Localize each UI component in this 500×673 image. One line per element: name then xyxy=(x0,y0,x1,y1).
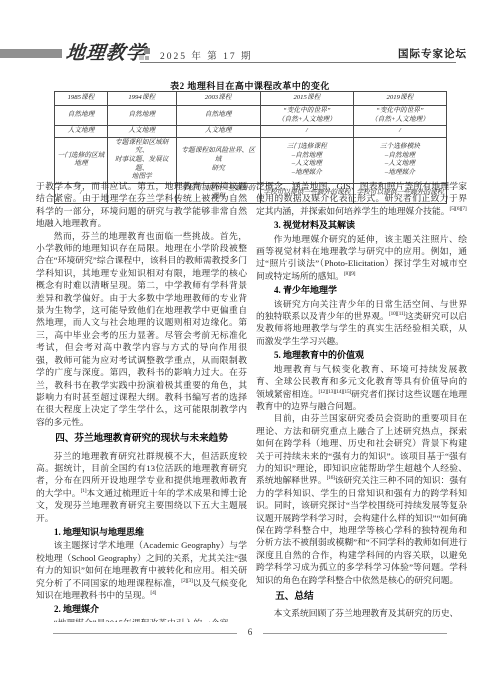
citation-marker: [5][6][7] xyxy=(450,206,467,212)
text-run: 3. 视觉材料及其解读 xyxy=(274,220,355,230)
text-run: 于教学本身，而非应试。第五，地理教育与环境议题结合紧密。由于地理学在芬兰学科传统… xyxy=(36,181,247,228)
text-run: 该研究关注三种不同的知识：强有力的学科知识、学生的日常知识和强有力的跨学科知识。… xyxy=(256,475,467,584)
table-col-header: 2015课程 xyxy=(260,92,353,106)
text-run: “地理媒介”是2015年课程改革中引入的一个宽 xyxy=(54,618,229,622)
table-row: 人文地理人文地理人文地理// xyxy=(55,126,447,138)
left-column: 于教学本身，而非应试。第五，地理教育与环境议题结合紧密。由于地理学在芬兰学科传统… xyxy=(36,180,247,622)
table-cell: “变化中的世界” （自然+人文地理） xyxy=(260,106,353,126)
paragraph: “地理媒介”是2015年课程改革中引入的一个宽 xyxy=(36,617,247,622)
section-heading: 五、总结 xyxy=(256,591,467,603)
paragraph: 该研究方向关注青少年的日常生活空间、与世界的独特联系以及青少年的世界观。[10]… xyxy=(256,298,467,348)
text-run: 四、芬兰地理教育研究的现状与未来趋势 xyxy=(55,433,228,444)
table-cell: 三个选修模块 –自然地理 –人文地理 –地理媒介 xyxy=(353,137,446,183)
table-cell: 自然地理 xyxy=(55,106,108,126)
paragraph: 地理教育与气候变化教育、环境可持续发展教育、全球公民教育和多元文化教育等具有价值… xyxy=(256,363,467,413)
footer-rule-right xyxy=(263,633,447,634)
paragraph: 于教学本身，而非应试。第五，地理教育与环境议题结合紧密。由于地理学在芬兰学科传统… xyxy=(36,180,247,230)
table-cell: 自然地理 xyxy=(176,106,260,126)
logo-squares-icon xyxy=(139,48,151,61)
sub-heading: 2. 地理媒介 xyxy=(36,603,247,615)
paragraph: 作为地理媒介研究的延伸，该主题关注照片、绘画等视觉材料在地理教学与研究中的应用。… xyxy=(256,233,467,283)
text-run: 然而，芬兰的地理教育也面临一些挑战。首先，小学教师的地理知识存在局限。地理在小学… xyxy=(36,231,247,427)
table-cell: 专题课程如区域研究、 时事议题、发展议题、 地图学 xyxy=(107,137,176,183)
text-run: 5. 地理教育中的价值观 xyxy=(274,350,364,360)
text-run: 五、总结 xyxy=(275,591,313,602)
page-number: 6 xyxy=(240,627,260,637)
right-column: 泛概念，涵盖地图、GIS、图表和照片等所有地理学家使用的数据及媒介化表征形式。研… xyxy=(256,180,467,622)
citation-marker: [4] xyxy=(150,590,156,596)
citation-marker: [2][3] xyxy=(181,578,192,584)
header-accent-bar xyxy=(0,49,62,58)
table-row: 自然地理自然地理自然地理“变化中的世界” （自然+人文地理）“变化中的世界” （… xyxy=(55,106,447,126)
paragraph: 该主题探讨学术地理（Academic Geography）与学校地理（Schoo… xyxy=(36,539,247,601)
paragraph: 然而，芬兰的地理教育也面临一些挑战。首先，小学教师的地理知识存在局限。地理在小学… xyxy=(36,230,247,429)
sub-heading: 5. 地理教育中的价值观 xyxy=(256,349,467,361)
paragraph: 本文系统回顾了芬兰地理教育及其研究的历史、 xyxy=(256,607,467,619)
sub-heading: 1. 地理知识与地理思维 xyxy=(36,526,247,538)
table-col-header: 2019课程 xyxy=(353,92,446,106)
table-cell: “变化中的世界” （自然+人文地理） xyxy=(353,106,446,126)
table-col-header: 2003课程 xyxy=(176,92,260,106)
table-col-header: 1994课程 xyxy=(107,92,176,106)
issue-label: 2025 年 第 17 期 xyxy=(160,48,253,62)
citation-marker: [12][13][14][15] xyxy=(318,389,350,395)
citation-marker: [10][11] xyxy=(389,311,405,317)
section-heading: 四、芬兰地理教育研究的现状与未来趋势 xyxy=(36,433,247,445)
table-col-header: 1985课程 xyxy=(55,92,108,106)
table-cell: 三门选修课程 –自然地理 –人文地理 –地理媒介 xyxy=(260,137,353,183)
header-rule xyxy=(140,62,456,63)
table-cell: 专题课程如风险世界、区域 研究 xyxy=(176,137,260,183)
paragraph: 芬兰的地理教育研究社群规模不大，但活跃度较高。据统计，目前全国约有13位活跃的地… xyxy=(36,450,247,524)
journal-logo: 地理教学 xyxy=(65,38,148,65)
table-cell: 一门选修的区域 地理 xyxy=(55,137,108,183)
table-cell: 人文地理 xyxy=(55,126,108,138)
footer-rule-left xyxy=(53,633,237,634)
table-cell: 自然地理 xyxy=(107,106,176,126)
sub-heading: 3. 视觉材料及其解读 xyxy=(256,219,467,231)
citation-marker: [16] xyxy=(327,475,335,481)
text-run: 4. 青少年地理学 xyxy=(274,285,337,295)
text-run: 本文系统回顾了芬兰地理教育及其研究的历史、 xyxy=(274,608,459,618)
table-row: 一门选修的区域 地理专题课程如区域研究、 时事议题、发展议题、 地图学专题课程如… xyxy=(55,137,447,183)
sub-heading: 4. 青少年地理学 xyxy=(256,284,467,296)
paragraph: 泛概念，涵盖地图、GIS、图表和照片等所有地理学家使用的数据及媒介化表征形式。研… xyxy=(256,180,467,217)
section-label: 国际专家论坛 xyxy=(398,46,467,61)
journal-page: 地理教学 2025 年 第 17 期 国际专家论坛 表2 地理科目在高中课程改革… xyxy=(0,0,500,673)
text-run: 2. 地理媒介 xyxy=(54,604,99,614)
text-run: 1. 地理知识与地理思维 xyxy=(54,527,144,537)
table-header-row: 1985课程1994课程2003课程2015课程2019课程 xyxy=(55,92,447,106)
article-body: 于教学本身，而非应试。第五，地理教育与环境议题结合紧密。由于地理学在芬兰学科传统… xyxy=(36,180,467,622)
table-cell: 人文地理 xyxy=(176,126,260,138)
citation-marker: [8][9] xyxy=(344,271,355,277)
table-cell: / xyxy=(260,126,353,138)
table-cell: / xyxy=(353,126,446,138)
text-run: 作为地理媒介研究的延伸，该主题关注照片、绘画等视觉材料在地理教学与研究中的应用。… xyxy=(256,234,467,281)
text-run: 泛概念，涵盖地图、GIS、图表和照片等所有地理学家使用的数据及媒介化表征形式。研… xyxy=(256,181,467,216)
paragraph: 目前，由芬兰国家研究委员会资助的重要项目在理论、方法和研究重点上融合了上述研究热… xyxy=(256,412,467,586)
table-cell: 人文地理 xyxy=(107,126,176,138)
